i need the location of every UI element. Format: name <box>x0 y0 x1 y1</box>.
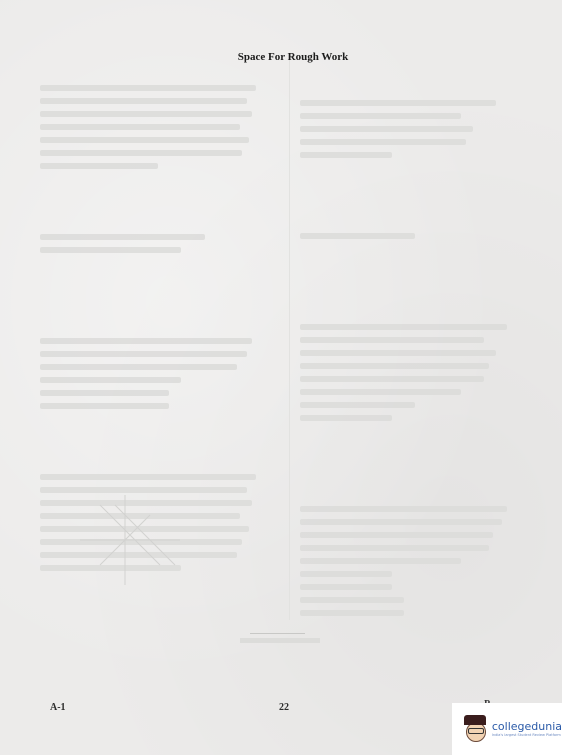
brand-name: collegedunia <box>492 721 562 733</box>
bleed-through-note <box>240 638 320 643</box>
page-number: 22 <box>279 702 289 713</box>
booklet-code: A-1 <box>50 702 66 713</box>
bleed-through-text-right <box>300 55 530 661</box>
bleed-through-diagram <box>80 495 180 585</box>
bottom-rule <box>250 633 305 634</box>
mascot-icon <box>462 715 488 743</box>
brand-tagline: India's largest Student Review Platform <box>492 733 562 738</box>
page-title: Space For Rough Work <box>0 51 562 63</box>
column-divider <box>289 60 290 620</box>
scanned-page: Space For Rough Work A-1 22 P collegedun… <box>0 0 562 755</box>
collegedunia-watermark: collegedunia India's largest Student Rev… <box>452 703 562 755</box>
